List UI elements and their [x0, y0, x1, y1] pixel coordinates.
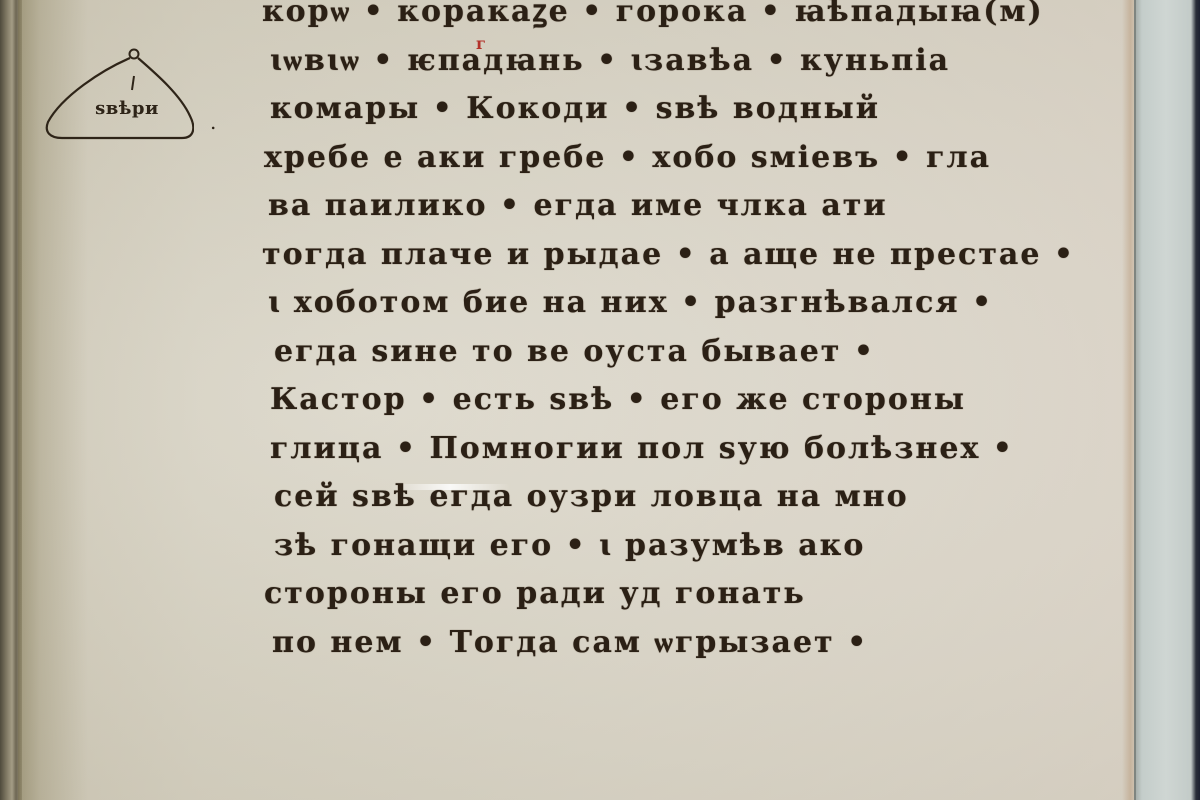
- text-line: комары • Кокоди • ѕвѣ водный: [262, 85, 1122, 134]
- margin-note-text: ѕвѣри: [62, 98, 192, 119]
- margin-note-frame-icon: [42, 48, 194, 140]
- text-line: ꙇ хоботом бие на них • разгнѣвался •: [262, 279, 1122, 328]
- text-line: хребе е аки гребе • хобо ѕміевъ • гла: [262, 134, 1122, 183]
- text-line: по нем • Тогда сам ѡгрызает •: [262, 619, 1122, 668]
- text-line: ꙇѡвꙇѡ • ѥпадꙗнь • ꙇзавѣа • куньпіа: [262, 37, 1122, 86]
- text-line: Кастор • есть ѕвѣ • его же стороны: [262, 376, 1122, 425]
- manuscript-photo: ѕвѣри . г корѡ • коракаꙁе • горока • ꙗѣп…: [0, 0, 1200, 800]
- text-line: зѣ гонащи его • ꙇ разумѣв ако: [262, 522, 1122, 571]
- text-line: сей ѕвѣ егда оузри ловца на мно: [262, 473, 1122, 522]
- text-line: глица • Помногии пол ѕую болѣзнех •: [262, 425, 1122, 474]
- marginal-note: ѕвѣри: [42, 48, 194, 140]
- page-edge-board: [1134, 0, 1200, 800]
- text-line: ва паилико • егда име члка ати: [262, 182, 1122, 231]
- margin-punctuation: .: [210, 110, 216, 134]
- text-line: егда ѕине то ве оуста бывает •: [262, 328, 1122, 377]
- text-line: стороны его ради уд гонать: [262, 570, 1122, 619]
- text-line: тогда плаче и рыдае • а аще не престае •: [262, 231, 1122, 280]
- manuscript-text-block: корѡ • коракаꙁе • горока • ꙗѣпадыꙗ(м) ꙇѡ…: [262, 0, 1122, 667]
- text-line: корѡ • коракаꙁе • горока • ꙗѣпадыꙗ(м): [262, 0, 1122, 37]
